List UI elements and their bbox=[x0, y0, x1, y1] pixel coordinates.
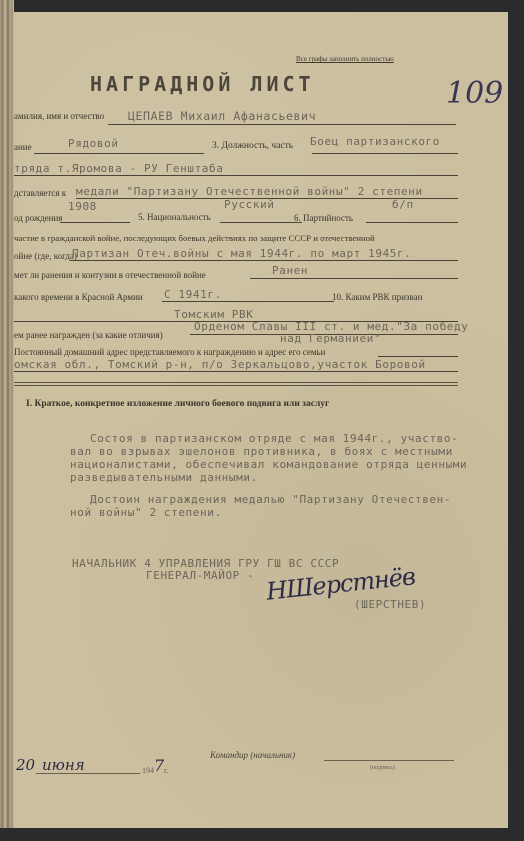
wounds-underline bbox=[250, 278, 458, 279]
rvk-label: 10. Каким РВК призван bbox=[332, 292, 422, 302]
army-since-underline bbox=[162, 301, 334, 302]
description-line-3: националистами, обеспечивал командование… bbox=[70, 458, 467, 471]
army-since-label: какого времени в Красной Армии bbox=[14, 292, 143, 302]
birth-year-underline bbox=[60, 222, 130, 223]
position-underline-2 bbox=[14, 175, 458, 176]
wounds-label: мет ли ранения и контузии в отечественно… bbox=[14, 270, 206, 280]
page-binding bbox=[0, 0, 14, 841]
service-underline bbox=[70, 260, 458, 261]
description-line-1: Состоя в партизанском отряде с мая 1944г… bbox=[90, 432, 458, 445]
description-line-2: вал во взрывах эшелонов противника, в бо… bbox=[70, 445, 453, 458]
sheet-number: 109 bbox=[446, 76, 503, 111]
nationality-label: 5. Национальность bbox=[138, 212, 211, 222]
signatory-rank: ГЕНЕРАЛ-МАЙОР - bbox=[146, 569, 254, 582]
rank-label: ание bbox=[14, 142, 32, 152]
address-underline bbox=[14, 371, 458, 372]
prior-awards-value-2: над Германией" bbox=[280, 332, 381, 345]
prior-awards-label: ем ранее награжден (за какие отличия) bbox=[14, 330, 163, 340]
date-month: июня bbox=[42, 756, 85, 774]
signature-caption: (подпись) bbox=[370, 765, 395, 771]
address-label-underline bbox=[378, 356, 458, 357]
address-label: Постоянный домашний адрес представляемог… bbox=[14, 347, 325, 357]
scan-border-right bbox=[508, 0, 524, 841]
section-divider-bottom bbox=[14, 385, 458, 386]
name-label: амилия, имя и отчество bbox=[14, 111, 104, 121]
award-sheet-page: Все графы заполнить полностью НАГРАДНОЙ … bbox=[14, 12, 508, 828]
birth-year-label: од рождения bbox=[14, 213, 62, 223]
address-value: омская обл., Томский р-н, п/о Зеркальцов… bbox=[14, 358, 426, 371]
section-divider-top bbox=[14, 382, 458, 383]
date-day: 20 bbox=[16, 756, 35, 774]
army-since-value: С 1941г. bbox=[164, 288, 222, 301]
service-value: Партизан Отеч.войны с мая 1944г. по март… bbox=[72, 247, 411, 260]
position-underline bbox=[312, 153, 458, 154]
date-month-underline bbox=[36, 773, 140, 774]
scan-border-bottom bbox=[0, 828, 524, 841]
award-value: медали "Партизану Отечественной войны" 2… bbox=[76, 185, 423, 198]
commander-label: Командир (начальник) bbox=[210, 750, 295, 760]
signatory-name: (ШЕРСТНЕВ) bbox=[354, 598, 426, 611]
wounds-value: Ранен bbox=[272, 264, 308, 277]
commander-signature-line bbox=[324, 760, 454, 761]
service-label-1: частие в гражданской войне, последующих … bbox=[14, 233, 375, 243]
party-underline bbox=[366, 222, 458, 223]
position-label: 3. Должность, часть bbox=[212, 141, 293, 151]
party-label: 6. Партийность bbox=[294, 213, 353, 223]
year-suffix: г. bbox=[164, 766, 168, 775]
award-label: дставляется к bbox=[14, 188, 66, 198]
service-label-2: ойне (где, когда) bbox=[14, 251, 77, 261]
recommendation-line-2: ной войны" 2 степени. bbox=[70, 506, 222, 519]
rank-value: Рядовой bbox=[68, 137, 119, 150]
description-line-4: разведывательными данными. bbox=[70, 471, 258, 484]
recommendation-line-1: Достоин награждения медалью "Партизану О… bbox=[90, 493, 451, 506]
nationality-underline bbox=[220, 222, 302, 223]
rank-underline bbox=[34, 153, 204, 154]
position-value-1: Боец партизанского bbox=[310, 135, 440, 148]
fill-all-fields-notice: Все графы заполнить полностью bbox=[296, 55, 394, 63]
position-value-2: тряда т.Яромова - РУ Генштаба bbox=[14, 162, 223, 175]
birth-year-value: 1908 bbox=[68, 200, 97, 213]
nationality-value: Русский bbox=[224, 198, 275, 211]
page-title: НАГРАДНОЙ ЛИСТ bbox=[90, 72, 315, 96]
name-value: ЦЕПАЕВ Михаил Афанасьевич bbox=[128, 109, 316, 123]
year-prefix: 194 bbox=[142, 766, 154, 775]
section-heading: I. Краткое, конкретное изложение личного… bbox=[26, 399, 329, 409]
party-value: б/п bbox=[392, 198, 414, 211]
name-underline bbox=[108, 124, 456, 125]
year-digit: 7 bbox=[154, 756, 164, 775]
